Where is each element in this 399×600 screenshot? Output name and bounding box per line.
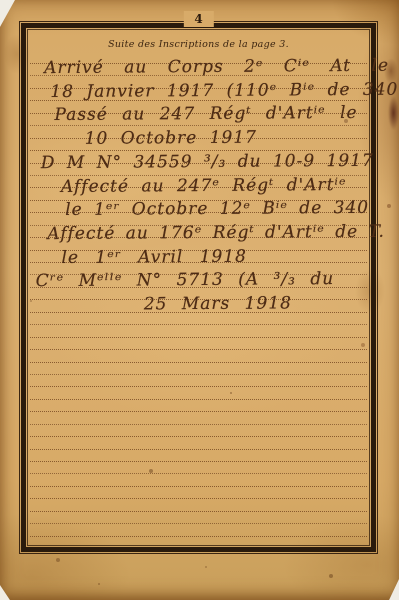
handwritten-entry: le 1ᵉʳ Octobre 12ᵉ Bⁱᵉ de 340 <box>65 197 368 223</box>
document-page: 4 Suite des Inscriptions de la page 3. A… <box>0 0 399 600</box>
ruled-line <box>30 511 367 512</box>
ruled-line <box>30 523 367 524</box>
ruled-line <box>30 337 367 338</box>
handwritten-entry: Passé au 247 Régᵗ d'Artⁱᵉ le <box>54 102 367 128</box>
ruled-line <box>30 486 367 487</box>
page-header: Suite des Inscriptions de la page 3. <box>26 39 371 50</box>
ruled-line <box>30 411 367 412</box>
page-frame: 4 Suite des Inscriptions de la page 3. A… <box>19 21 378 554</box>
ruled-line <box>30 498 367 499</box>
handwritten-entry: 25 Mars 1918 <box>144 292 369 317</box>
ruled-line <box>30 473 367 474</box>
ruled-line <box>30 449 367 450</box>
ruled-line <box>30 374 367 375</box>
handwritten-entry: D M N° 34559 ³/₃ du 10-9 1917 <box>41 150 368 176</box>
handwritten-entries: Arrivé au Corps 2ᵉ Cⁱᵉ At le18 Janvier 1… <box>32 55 369 318</box>
ruled-line <box>30 436 367 437</box>
ruled-line <box>30 424 367 425</box>
handwritten-entry: 18 Janvier 1917 (110ᵉ Bⁱᵉ de 340 <box>50 79 367 105</box>
handwritten-entry: 10 Octobre 1917 <box>85 126 368 152</box>
ruled-line <box>30 349 367 350</box>
handwritten-entry: Affecté au 176ᵉ Régᵗ d'Artⁱᵉ de T. <box>47 221 368 247</box>
page-number: 4 <box>183 11 213 27</box>
handwritten-entry: Arrivé au Corps 2ᵉ Cⁱᵉ At le <box>44 55 367 81</box>
paper-speckles <box>0 0 2 2</box>
page-frame-inner: Suite des Inscriptions de la page 3. Arr… <box>21 23 376 552</box>
ruled-line <box>30 324 367 325</box>
ruled-line <box>30 386 367 387</box>
ruled-line <box>30 399 367 400</box>
handwritten-entry: le 1ᵉʳ Avril 1918 <box>61 244 368 270</box>
ruled-line <box>30 362 367 363</box>
ruled-line <box>30 536 367 537</box>
handwritten-entry: Affecté au 247ᵉ Régᵗ d'Artⁱᵉ <box>61 173 368 199</box>
paper-stain <box>388 96 399 130</box>
handwritten-entry: Cʳᵉ Mᵉˡˡᵉ N° 5713 (A ³/₃ du <box>36 268 369 294</box>
ruled-line <box>30 461 367 462</box>
